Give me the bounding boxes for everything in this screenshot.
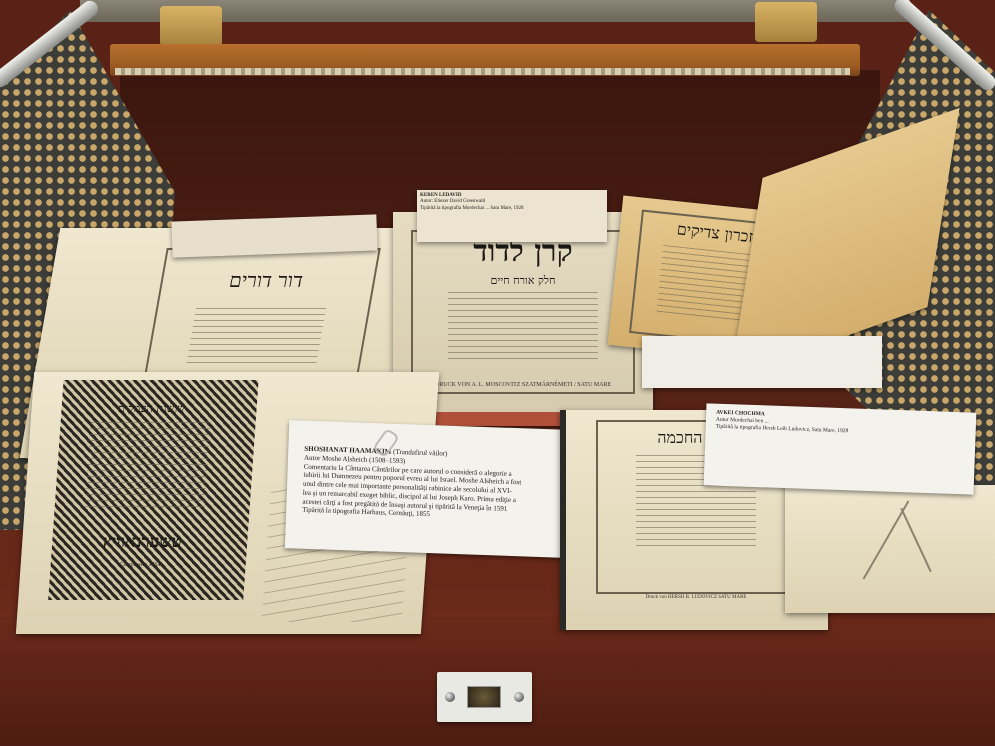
text-lines: [84, 422, 210, 512]
book-title: שושנת העמקים: [76, 402, 227, 415]
imprint-line: Czernowitz 1854.: [75, 562, 205, 568]
lock-slot: [467, 686, 501, 708]
place-name: טשערנאוויץ: [67, 532, 218, 552]
label-keren-ledavid: KEREN LEDAVID Autor: Eliezer David Green…: [417, 190, 607, 242]
label-avkei-chochma: AVKEI CHOCHMA Autor Mordechai ben ... Ti…: [704, 403, 977, 494]
text-lines: [448, 292, 598, 362]
mounting-plate: [437, 672, 532, 722]
label-shoshanat-haamakim: SHOSHANAT HAAMAKIM (Trandafirul văilor) …: [285, 420, 569, 558]
screw-icon: [445, 692, 455, 702]
right-hinge: [755, 2, 817, 42]
pencil-mark: [900, 508, 931, 572]
rail-trim-strip: [115, 68, 850, 75]
book-imprint: Druck von HERSH B. LUDOVICZ SATU MARE: [601, 595, 791, 600]
text-lines: [186, 308, 327, 368]
label-left-back: [171, 214, 377, 257]
label-right-back: [642, 336, 882, 388]
book-title: דור דורים: [169, 268, 363, 293]
label-line: Tipărită la tipografia Mordechai ... Sat…: [420, 206, 604, 212]
left-hinge: [160, 6, 222, 46]
book-endpaper: [785, 485, 995, 613]
book-imprint: DRUCK VON A. L. MOSCOVITZ SZATMÁRNÉMETI …: [423, 382, 623, 388]
book-subtitle: חלק אורח חיים: [423, 274, 623, 287]
screw-icon: [514, 692, 524, 702]
